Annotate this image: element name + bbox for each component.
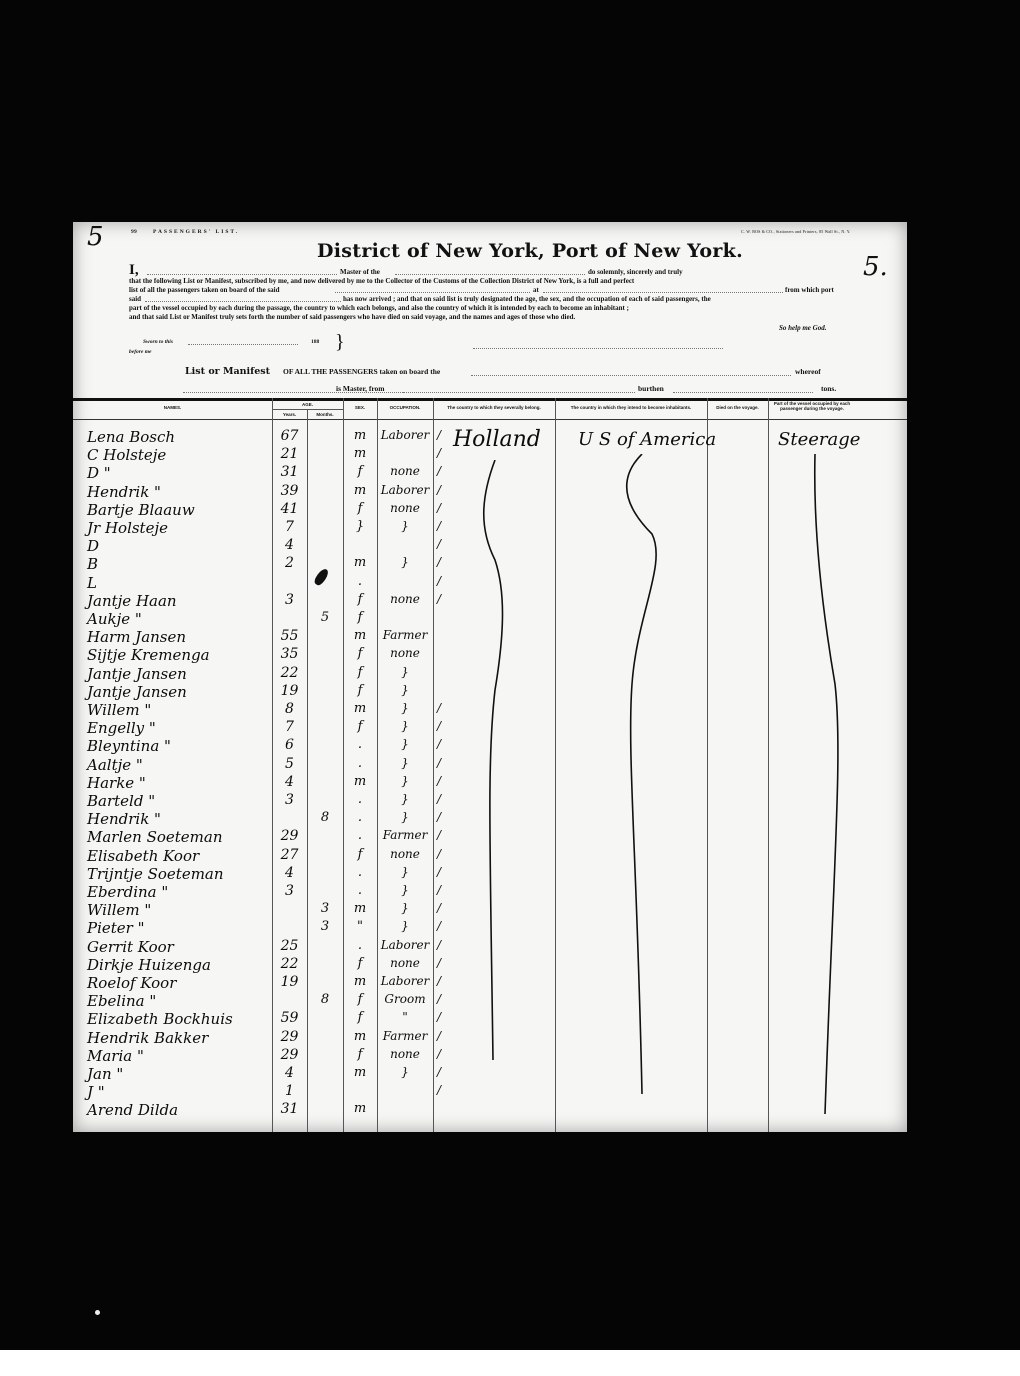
table-row: Gerrit Koor25.Laborer/ (73, 938, 907, 956)
age-months: 5 (307, 610, 343, 625)
sex: f (343, 847, 377, 862)
sex: f (343, 992, 377, 1007)
sex: m (343, 1101, 377, 1116)
sex: f (343, 610, 377, 625)
occupation: Farmer (377, 1029, 433, 1043)
sex: . (343, 574, 377, 589)
age-months: 3 (307, 901, 343, 916)
check-mark: / (433, 1065, 445, 1079)
passenger-name: Elizabeth Bockhuis (87, 1010, 233, 1028)
table-row: Barteld "3.}/ (73, 792, 907, 810)
sex: f (343, 464, 377, 479)
check-mark: / (433, 483, 445, 497)
occupation: Laborer (377, 938, 433, 952)
age-years: 1 (272, 1083, 307, 1099)
table-row: Harm Jansen55mFarmer (73, 628, 907, 646)
age-years: 6 (272, 737, 307, 753)
passenger-name: D " (87, 464, 111, 482)
table-row: Marlen Soeteman29.Farmer/ (73, 828, 907, 846)
table-row: Maria "29fnone/ (73, 1047, 907, 1065)
list-or-manifest-label: List or Manifest (185, 366, 270, 377)
age-subheader-rule (272, 409, 343, 410)
passenger-name: D (87, 537, 99, 555)
sex: f (343, 1047, 377, 1062)
passenger-name: Hendrik Bakker (87, 1029, 208, 1047)
col-vessel-part: Part of the vessel occupied by each pass… (773, 401, 851, 411)
check-mark: / (433, 828, 445, 842)
sex: m (343, 483, 377, 498)
occupation: none (377, 847, 433, 861)
sex: f (343, 501, 377, 516)
passenger-name: Elisabeth Koor (87, 847, 199, 865)
occupation: none (377, 1047, 433, 1061)
table-row: Hendrik Bakker29mFarmer/ (73, 1029, 907, 1047)
table-row: Pieter "3"}/ (73, 919, 907, 937)
table-row: Ebelina "8fGroom/ (73, 992, 907, 1010)
table-row: Engelly "7f}/ (73, 719, 907, 737)
sex: f (343, 719, 377, 734)
age-years: 2 (272, 555, 307, 571)
sex: . (343, 828, 377, 843)
occupation: } (377, 1065, 433, 1079)
age-years: 8 (272, 701, 307, 717)
col-country-belong: The country to which they severally belo… (435, 405, 553, 410)
occupation: none (377, 501, 433, 515)
passenger-name: Roelof Koor (87, 974, 176, 992)
passenger-name: Trijntje Soeteman (87, 865, 224, 883)
check-mark: / (433, 1010, 445, 1024)
age-months: 8 (307, 992, 343, 1007)
check-mark: / (433, 537, 445, 551)
scan-speck (95, 1310, 100, 1315)
col-occupation: OCCUPATION. (377, 405, 433, 410)
occupation: } (377, 792, 433, 806)
table-row: Jantje Haan3fnone/ (73, 592, 907, 610)
age-years: 5 (272, 756, 307, 772)
check-mark: / (433, 555, 445, 569)
sex: m (343, 701, 377, 716)
age-years: 31 (272, 1101, 307, 1117)
whereof-label: whereof (795, 368, 821, 377)
oath-line5: part of the vessel occupied by each duri… (129, 304, 629, 313)
check-mark: / (433, 719, 445, 733)
check-mark: / (433, 737, 445, 751)
occupation: Farmer (377, 828, 433, 842)
oath-from-port: from which port (785, 286, 834, 295)
burthen-label: burthen (638, 385, 664, 394)
occupation: } (377, 519, 433, 533)
check-mark: / (433, 592, 445, 606)
passenger-name: Engelly " (87, 719, 156, 737)
age-years: 25 (272, 938, 307, 954)
occupation: } (377, 901, 433, 915)
age-years: 39 (272, 483, 307, 499)
check-mark: / (433, 1029, 445, 1043)
age-years: 3 (272, 592, 307, 608)
occupation: none (377, 592, 433, 606)
oath-line4-end: has now arrived ; and that on said list … (343, 295, 711, 304)
occupation: " (377, 1010, 433, 1024)
table-row: Jantje Jansen22f} (73, 665, 907, 683)
sex: f (343, 665, 377, 680)
col-names: NAMES. (73, 405, 272, 410)
table-row: Elizabeth Bockhuis59f"/ (73, 1010, 907, 1028)
printer-imprint: C. W. BOS & CO., Stationers and Printers… (741, 229, 851, 234)
col-sex: SEX. (343, 405, 377, 410)
vessel-blank-2 (335, 292, 530, 293)
occupation: } (377, 665, 433, 679)
occupation: Groom (377, 992, 433, 1006)
passenger-name: Dirkje Huizenga (87, 956, 211, 974)
tonnage-blank (673, 392, 813, 393)
passenger-name: Maria " (87, 1047, 144, 1065)
table-row: D "31fnone/ (73, 464, 907, 482)
check-mark: / (433, 901, 445, 915)
passenger-name: J " (87, 1083, 105, 1101)
passenger-name: Jr Holsteje (87, 519, 168, 537)
check-mark: / (433, 574, 445, 588)
sex: . (343, 737, 377, 752)
manifest-text: OF ALL THE PASSENGERS taken on board the (283, 368, 440, 377)
passenger-name: Willem " (87, 701, 151, 719)
margin-note-right: 5. (863, 252, 888, 282)
age-years: 27 (272, 847, 307, 863)
age-years: 19 (272, 974, 307, 990)
sex: m (343, 774, 377, 789)
passenger-name: Jantje Jansen (87, 683, 187, 701)
passenger-name: Arend Dilda (87, 1101, 178, 1119)
check-mark: / (433, 792, 445, 806)
oath-line6: and that said List or Manifest truly set… (129, 313, 575, 322)
sex: f (343, 646, 377, 661)
table-row: Willem "3m}/ (73, 901, 907, 919)
passenger-name: Willem " (87, 901, 151, 919)
check-mark: / (433, 519, 445, 533)
age-years: 4 (272, 537, 307, 553)
passenger-table-body: Lena Bosch67mLaborer/C Holsteje21m/D "31… (73, 428, 907, 1128)
page-number-printed: 99 (131, 229, 137, 235)
occupation: } (377, 719, 433, 733)
passenger-name: Aukje " (87, 610, 142, 628)
table-row: L./ (73, 574, 907, 592)
occupation: Laborer (377, 483, 433, 497)
age-years: 21 (272, 446, 307, 462)
table-row: D4/ (73, 537, 907, 555)
page-title: District of New York, Port of New York. (317, 240, 743, 262)
sex: m (343, 1065, 377, 1080)
age-years: 67 (272, 428, 307, 444)
age-years: 19 (272, 683, 307, 699)
check-mark: / (433, 501, 445, 515)
age-months: 3 (307, 919, 343, 934)
age-years: 55 (272, 628, 307, 644)
age-years: 59 (272, 1010, 307, 1026)
sex: m (343, 628, 377, 643)
before-me-label: before me (129, 348, 151, 357)
sex: . (343, 756, 377, 771)
passenger-name: Hendrik " (87, 483, 161, 501)
table-row: Elisabeth Koor27fnone/ (73, 847, 907, 865)
table-row: Aukje "5f (73, 610, 907, 628)
age-years: 3 (272, 883, 307, 899)
age-years: 22 (272, 665, 307, 681)
oath-line4-start: said (129, 295, 141, 304)
age-years: 7 (272, 519, 307, 535)
passenger-name: B (87, 555, 98, 573)
check-mark: / (433, 883, 445, 897)
table-row: Dirkje Huizenga22fnone/ (73, 956, 907, 974)
sex: . (343, 938, 377, 953)
occupation: } (377, 555, 433, 569)
passenger-name: Hendrik " (87, 810, 161, 828)
age-years: 29 (272, 1047, 307, 1063)
check-mark: / (433, 1047, 445, 1061)
check-mark: / (433, 938, 445, 952)
occupation: Laborer (377, 428, 433, 442)
col-died: Died on the voyage. (707, 405, 768, 410)
passenger-name: Jan " (87, 1065, 123, 1083)
age-years: 4 (272, 1065, 307, 1081)
sex: m (343, 428, 377, 443)
col-years: Years. (272, 412, 307, 417)
passenger-name: Jantje Haan (87, 592, 177, 610)
occupation: none (377, 464, 433, 478)
check-mark: / (433, 774, 445, 788)
passenger-name: Pieter " (87, 919, 145, 937)
check-mark: / (433, 1083, 445, 1097)
table-row: Roelof Koor19mLaborer/ (73, 974, 907, 992)
age-years: 7 (272, 719, 307, 735)
occupation: Farmer (377, 628, 433, 642)
oath-line2: that the following List or Manifest, sub… (129, 277, 634, 286)
passenger-name: Eberdina " (87, 883, 168, 901)
age-years: 22 (272, 956, 307, 972)
age-years: 4 (272, 774, 307, 790)
passenger-name: L (87, 574, 97, 592)
age-years: 41 (272, 501, 307, 517)
sex: . (343, 865, 377, 880)
sex: . (343, 810, 377, 825)
sworn-label: Sworn to this (143, 338, 173, 347)
sworn-year: 188 (311, 338, 319, 347)
sworn-date-blank (188, 344, 298, 345)
table-row: Harke "4m}/ (73, 774, 907, 792)
from-port-blank (403, 392, 635, 393)
occupation: } (377, 756, 433, 770)
table-row: Willem "8m}/ (73, 701, 907, 719)
passenger-name: Harke " (87, 774, 146, 792)
check-mark: / (433, 956, 445, 970)
age-years: 4 (272, 865, 307, 881)
oath-solemnly: do solemnly, sincerely and truly (588, 268, 683, 277)
occupation: } (377, 883, 433, 897)
manifest-page: 5 5. 99 PASSENGERS' LIST. C. W. BOS & CO… (73, 222, 907, 1132)
table-row: Eberdina "3.}/ (73, 883, 907, 901)
is-master-from-label: is Master, from (336, 385, 385, 394)
check-mark: / (433, 974, 445, 988)
check-mark: / (433, 701, 445, 715)
oath-master-of: Master of the (340, 268, 380, 277)
passenger-name: Sijtje Kremenga (87, 646, 210, 664)
occupation: } (377, 737, 433, 751)
brace: } (335, 332, 345, 352)
table-header-rule (73, 419, 907, 420)
age-years: 3 (272, 792, 307, 808)
age-years: 29 (272, 1029, 307, 1045)
sex: f (343, 683, 377, 698)
age-years: 35 (272, 646, 307, 662)
passenger-name: Aaltje " (87, 756, 143, 774)
margin-note-left: 5 (87, 222, 104, 252)
signature-blank (473, 348, 723, 349)
table-row: J "1/ (73, 1083, 907, 1101)
ship-name-blank (471, 375, 791, 376)
said-blank (145, 301, 341, 302)
check-mark: / (433, 428, 445, 442)
table-row: Trijntje Soeteman4.}/ (73, 865, 907, 883)
passenger-name: Ebelina " (87, 992, 156, 1010)
table-row: Hendrik "8.}/ (73, 810, 907, 828)
passenger-name: Gerrit Koor (87, 938, 174, 956)
sex: m (343, 446, 377, 461)
table-row: Jan "4m}/ (73, 1065, 907, 1083)
check-mark: / (433, 446, 445, 460)
check-mark: / (433, 847, 445, 861)
oath-closing: So help me God. (779, 324, 826, 333)
table-row: Jr Holsteje7}}/ (73, 519, 907, 537)
master-name-blank (147, 274, 337, 275)
table-row: C Holsteje21m/ (73, 446, 907, 464)
passenger-name: Marlen Soeteman (87, 828, 223, 846)
sex: f (343, 956, 377, 971)
table-row: B2m}/ (73, 555, 907, 573)
table-row: Bartje Blaauw41fnone/ (73, 501, 907, 519)
passenger-name: Bartje Blaauw (87, 501, 195, 519)
table-row: Lena Bosch67mLaborer/ (73, 428, 907, 446)
sex: f (343, 592, 377, 607)
sex: m (343, 974, 377, 989)
check-mark: / (433, 865, 445, 879)
table-row: Sijtje Kremenga35fnone (73, 646, 907, 664)
table-row: Aaltje "5.}/ (73, 756, 907, 774)
occupation: } (377, 701, 433, 715)
age-months: 8 (307, 810, 343, 825)
form-name: PASSENGERS' LIST. (153, 229, 239, 235)
occupation: } (377, 774, 433, 788)
sex: m (343, 1029, 377, 1044)
col-age: AGE. (272, 402, 343, 407)
occupation: } (377, 810, 433, 824)
port-blank (543, 292, 783, 293)
check-mark: / (433, 992, 445, 1006)
occupation: none (377, 956, 433, 970)
passenger-name: Barteld " (87, 792, 155, 810)
check-mark: / (433, 464, 445, 478)
age-years: 29 (272, 828, 307, 844)
tons-label: tons. (821, 385, 836, 394)
table-row: Jantje Jansen19f} (73, 683, 907, 701)
occupation: none (377, 646, 433, 660)
occupation: } (377, 865, 433, 879)
check-mark: / (433, 919, 445, 933)
col-months: Months. (307, 412, 343, 417)
sex: m (343, 555, 377, 570)
check-mark: / (433, 810, 445, 824)
occupation: } (377, 919, 433, 933)
table-row: Hendrik "39mLaborer/ (73, 483, 907, 501)
sex: m (343, 901, 377, 916)
vessel-name-blank (395, 274, 585, 275)
passenger-name: Harm Jansen (87, 628, 186, 646)
sex: . (343, 883, 377, 898)
check-mark: / (433, 756, 445, 770)
sex: . (343, 792, 377, 807)
sex: f (343, 1010, 377, 1025)
passenger-name: C Holsteje (87, 446, 166, 464)
sex: } (343, 519, 377, 534)
oath-at: at (533, 286, 539, 295)
oath-line3-start: list of all the passengers taken on boar… (129, 286, 280, 295)
occupation: } (377, 683, 433, 697)
passenger-name: Jantje Jansen (87, 665, 187, 683)
sex: " (343, 919, 377, 934)
col-country-intended: The country in which they intend to beco… (557, 405, 705, 410)
table-row: Bleyntina "6.}/ (73, 737, 907, 755)
table-row: Arend Dilda31m (73, 1101, 907, 1119)
occupation: Laborer (377, 974, 433, 988)
passenger-name: Bleyntina " (87, 737, 171, 755)
age-years: 31 (272, 464, 307, 480)
passenger-name: Lena Bosch (87, 428, 175, 446)
